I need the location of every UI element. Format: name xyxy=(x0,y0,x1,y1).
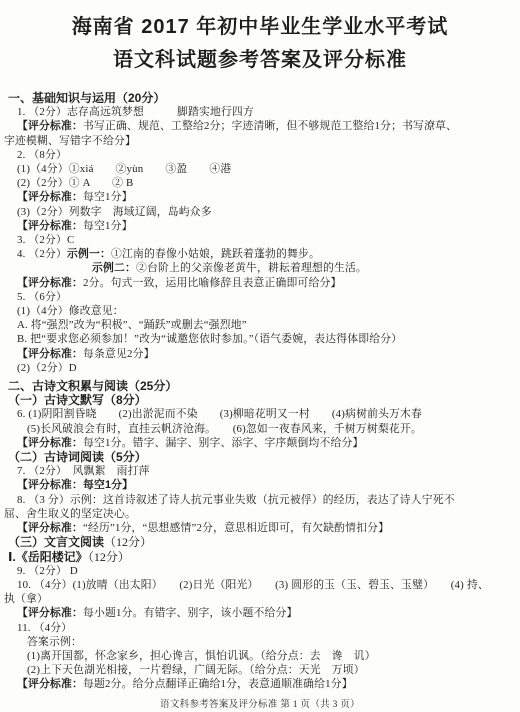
answer-line: 4. （2分）示例一：①江南的春像小姑娘，跳跃着蓬勃的舞步。 xyxy=(17,247,520,261)
text-run: 二、古诗文积累与阅读（25分） xyxy=(8,379,177,393)
text-run: ②台阶上的父亲像老黄牛，耕耘着理想的生活。 xyxy=(136,262,367,274)
text-run: 7. （2分） 风飘絮 雨打萍 xyxy=(17,465,150,477)
text-run: 4. （2分） xyxy=(17,248,67,260)
text-run: (5)长风破浪会有时，直挂云帆济沧海。 (6)忽如一夜春风来，千树万树梨花开。 xyxy=(27,423,422,435)
text-run: “经历”1分，“思想感情”2分，意思相近即可，有欠缺酌情扣分】 xyxy=(83,522,389,534)
section-heading: 二、古诗文积累与阅读（25分） xyxy=(8,379,520,393)
answer-line: 字迹模糊、写错字不给分】 xyxy=(4,134,520,148)
document-body: 一、基础知识与运用（20分）1. （2分）志存高远筑梦想 脚踏实地行四方【评分标… xyxy=(0,91,520,692)
answer-line: 【评分标准：每空1分。错字、漏字、别字、添字、字序颠倒均不给分】 xyxy=(17,436,520,450)
text-run: 3. （2分）C xyxy=(17,234,74,246)
answer-line: 【评分标准：书写正确、规范、工整给2分；字迹清晰，但不够规范工整给1分；书写潦草… xyxy=(17,119,520,133)
text-run: 【评分标准： xyxy=(17,277,83,289)
answer-line: (1)离开国都，怀念家乡，担心谗言，惧怕讥讽。（给分点：去 谗 讥） xyxy=(27,649,520,663)
text-run: 2分。句式一致，运用比喻修辞且表意正确即可给分】 xyxy=(83,277,342,289)
text-run: (1)（4分）①xiá ②yùn ③盈 ④港 xyxy=(17,163,231,175)
answer-line: (2)（2分）① A ② B xyxy=(17,176,520,190)
answer-line: (5)长风破浪会有时，直挂云帆济沧海。 (6)忽如一夜春风来，千树万树梨花开。 xyxy=(27,422,520,436)
text-run: 1. （2分）志存高远筑梦想 脚踏实地行四方 xyxy=(17,106,254,118)
text-run: 【评分标准： xyxy=(17,437,83,449)
text-run: 10. （4分）(1)放晴（出太阳） (2)日光（阳光） (3) 圆形的玉（玉、… xyxy=(17,579,489,591)
text-run: 【评分标准： xyxy=(17,120,83,132)
text-run: (2)上下天色湖光相接，一片碧绿，广阔无际。（给分点：天光 万顷） xyxy=(27,664,365,676)
text-run: 【评分标准：每空1分】 xyxy=(17,479,133,491)
answer-line: 示例二：②台阶上的父亲像老黄牛，耕耘着理想的生活。 xyxy=(92,261,520,275)
text-run: 【评分标准： xyxy=(17,220,83,232)
answer-line: 8. （3 分）示例：这首诗叙述了诗人抗元事业失败（抗元被俘）的经历，表达了诗人… xyxy=(17,493,520,507)
answer-line: 9. （2分） D xyxy=(17,564,520,578)
section-heading: （一）古诗文默写（8分） xyxy=(8,393,520,407)
answer-line: 答案示例： xyxy=(27,635,520,649)
text-run: （一）古诗文默写（8分） xyxy=(8,393,147,407)
answer-line: A. 将“强烈”改为“积极”、“踊跃”或删去“强烈地” xyxy=(17,318,520,332)
text-run: 【评分标准： xyxy=(17,607,83,619)
answer-line: 【评分标准：每题2分。给分点翻译正确给1分，表意通顺准确给1分】 xyxy=(17,677,520,691)
text-run: 字迹模糊、写错字不给分】 xyxy=(4,135,136,147)
text-run: 每空1分】 xyxy=(83,220,133,232)
text-run: 执（拿） xyxy=(4,593,48,605)
section-heading: （三）文言文阅读（12分） xyxy=(8,535,520,549)
answer-line: (2)（2分）D xyxy=(17,361,520,375)
answer-line: 【评分标准：每空1分】 xyxy=(17,478,520,492)
answer-line: 2. （8分） xyxy=(17,148,520,162)
answer-line: (1)（4分）修改意见： xyxy=(17,304,520,318)
text-run: （二）古诗词阅读（5分） xyxy=(8,450,147,464)
text-run: 6. (1)阴阳割昏晓 (2)出淤泥而不染 (3)柳暗花明又一村 (4)病树前头… xyxy=(17,408,422,420)
text-run: 【评分标准： xyxy=(17,522,83,534)
answer-line: B. 把“要求您必须参加！”改为“诚邀您依时参加。”（语气委婉，表达得体即给分） xyxy=(17,332,520,346)
text-run: 屈、舍生取义的坚定决心。 xyxy=(4,508,136,520)
answer-line: 3. （2分）C xyxy=(17,233,520,247)
answer-line: (3)（2分）列数字 海域辽阔，岛屿众多 xyxy=(17,205,520,219)
text-run: 每空1分。错字、漏字、别字、添字、字序颠倒均不给分】 xyxy=(83,437,364,449)
section-heading: Ⅰ.《岳阳楼记》（12分） xyxy=(8,550,520,564)
answer-line: 11. （4分） xyxy=(17,621,520,635)
text-run: 书写正确、规范、工整给2分；字迹清晰，但不够规范工整给1分；书写潦草、 xyxy=(83,120,457,132)
text-run: 每小题1分。有错字、别字，该小题不给分】 xyxy=(83,607,298,619)
answer-line: (2)上下天色湖光相接，一片碧绿，广阔无际。（给分点：天光 万顷） xyxy=(27,663,520,677)
answer-line: 【评分标准：每空1分】 xyxy=(17,219,520,233)
section-heading: 一、基础知识与运用（20分） xyxy=(8,91,520,105)
answer-line: 7. （2分） 风飘絮 雨打萍 xyxy=(17,464,520,478)
text-run: （12分） xyxy=(88,550,130,564)
text-run: 每条意见2分】 xyxy=(83,348,155,360)
answer-line: 10. （4分）(1)放晴（出太阳） (2)日光（阳光） (3) 圆形的玉（玉、… xyxy=(17,578,520,592)
answer-line: 1. （2分）志存高远筑梦想 脚踏实地行四方 xyxy=(17,105,520,119)
answer-line: 【评分标准：每小题1分。有错字、别字，该小题不给分】 xyxy=(17,606,520,620)
text-run: B. 把“要求您必须参加！”改为“诚邀您依时参加。”（语气委婉，表达得体即给分） xyxy=(17,333,402,345)
text-run: (3)（2分）列数字 海域辽阔，岛屿众多 xyxy=(17,206,212,218)
text-run: 8. （3 分）示例：这首诗叙述了诗人抗元事业失败（抗元被俘）的经历，表达了诗人… xyxy=(17,494,455,506)
answer-line: 执（拿） xyxy=(4,592,520,606)
answer-line: 【评分标准：每条意见2分】 xyxy=(17,347,520,361)
answer-line: 【评分标准：每空1分】 xyxy=(17,190,520,204)
document-page: 海南省 2017 年初中毕业生学业水平考试 语文科试题参考答案及评分标准 一、基… xyxy=(0,0,520,712)
answer-line: 【评分标准：2分。句式一致，运用比喻修辞且表意正确即可给分】 xyxy=(17,276,520,290)
text-run: 【评分标准： xyxy=(17,678,83,690)
text-run: 一、基础知识与运用（20分） xyxy=(8,91,165,105)
text-run: 2. （8分） xyxy=(17,149,67,161)
answer-line: 6. (1)阴阳割昏晓 (2)出淤泥而不染 (3)柳暗花明又一村 (4)病树前头… xyxy=(17,407,520,421)
text-run: ①江南的春像小姑娘，跳跃着蓬勃的舞步。 xyxy=(111,248,320,260)
text-run: 【评分标准： xyxy=(17,348,83,360)
text-run: 9. （2分） D xyxy=(17,565,78,577)
text-run: (1)离开国都，怀念家乡，担心谗言，惧怕讥讽。（给分点：去 谗 讥） xyxy=(27,650,376,662)
answer-line: 屈、舍生取义的坚定决心。 xyxy=(4,507,520,521)
text-run: 示例一： xyxy=(67,248,111,260)
text-run: 11. （4分） xyxy=(17,622,72,634)
text-run: (2)（2分）① A ② B xyxy=(17,177,133,189)
text-run: 每题2分。给分点翻译正确给1分，表意通顺准确给1分】 xyxy=(83,678,353,690)
answer-line: 【评分标准：“经历”1分，“思想感情”2分，意思相近即可，有欠缺酌情扣分】 xyxy=(17,521,520,535)
text-run: Ⅰ.《岳阳楼记》 xyxy=(8,550,88,564)
section-heading: （二）古诗词阅读（5分） xyxy=(8,450,520,464)
text-run: 5. （6分） xyxy=(17,291,67,303)
text-run: (2)（2分）D xyxy=(17,362,77,374)
text-run: (1)（4分）修改意见： xyxy=(17,305,124,317)
page-footer: 语文科参考答案及评分标准 第 1 页（共 3 页） xyxy=(0,696,520,710)
document-title-line2: 语文科试题参考答案及评分标准 xyxy=(0,46,520,74)
document-title-line1: 海南省 2017 年初中毕业生学业水平考试 xyxy=(0,0,520,41)
text-run: A. 将“强烈”改为“积极”、“踊跃”或删去“强烈地” xyxy=(17,319,247,331)
text-run: （三）文言文阅读 xyxy=(8,535,104,549)
text-run: 每空1分】 xyxy=(83,191,133,203)
answer-line: (1)（4分）①xiá ②yùn ③盈 ④港 xyxy=(17,162,520,176)
text-run: （12分） xyxy=(104,535,152,549)
text-run: 示例二： xyxy=(92,262,136,274)
answer-line: 5. （6分） xyxy=(17,290,520,304)
text-run: 答案示例： xyxy=(27,636,82,648)
text-run: 【评分标准： xyxy=(17,191,83,203)
